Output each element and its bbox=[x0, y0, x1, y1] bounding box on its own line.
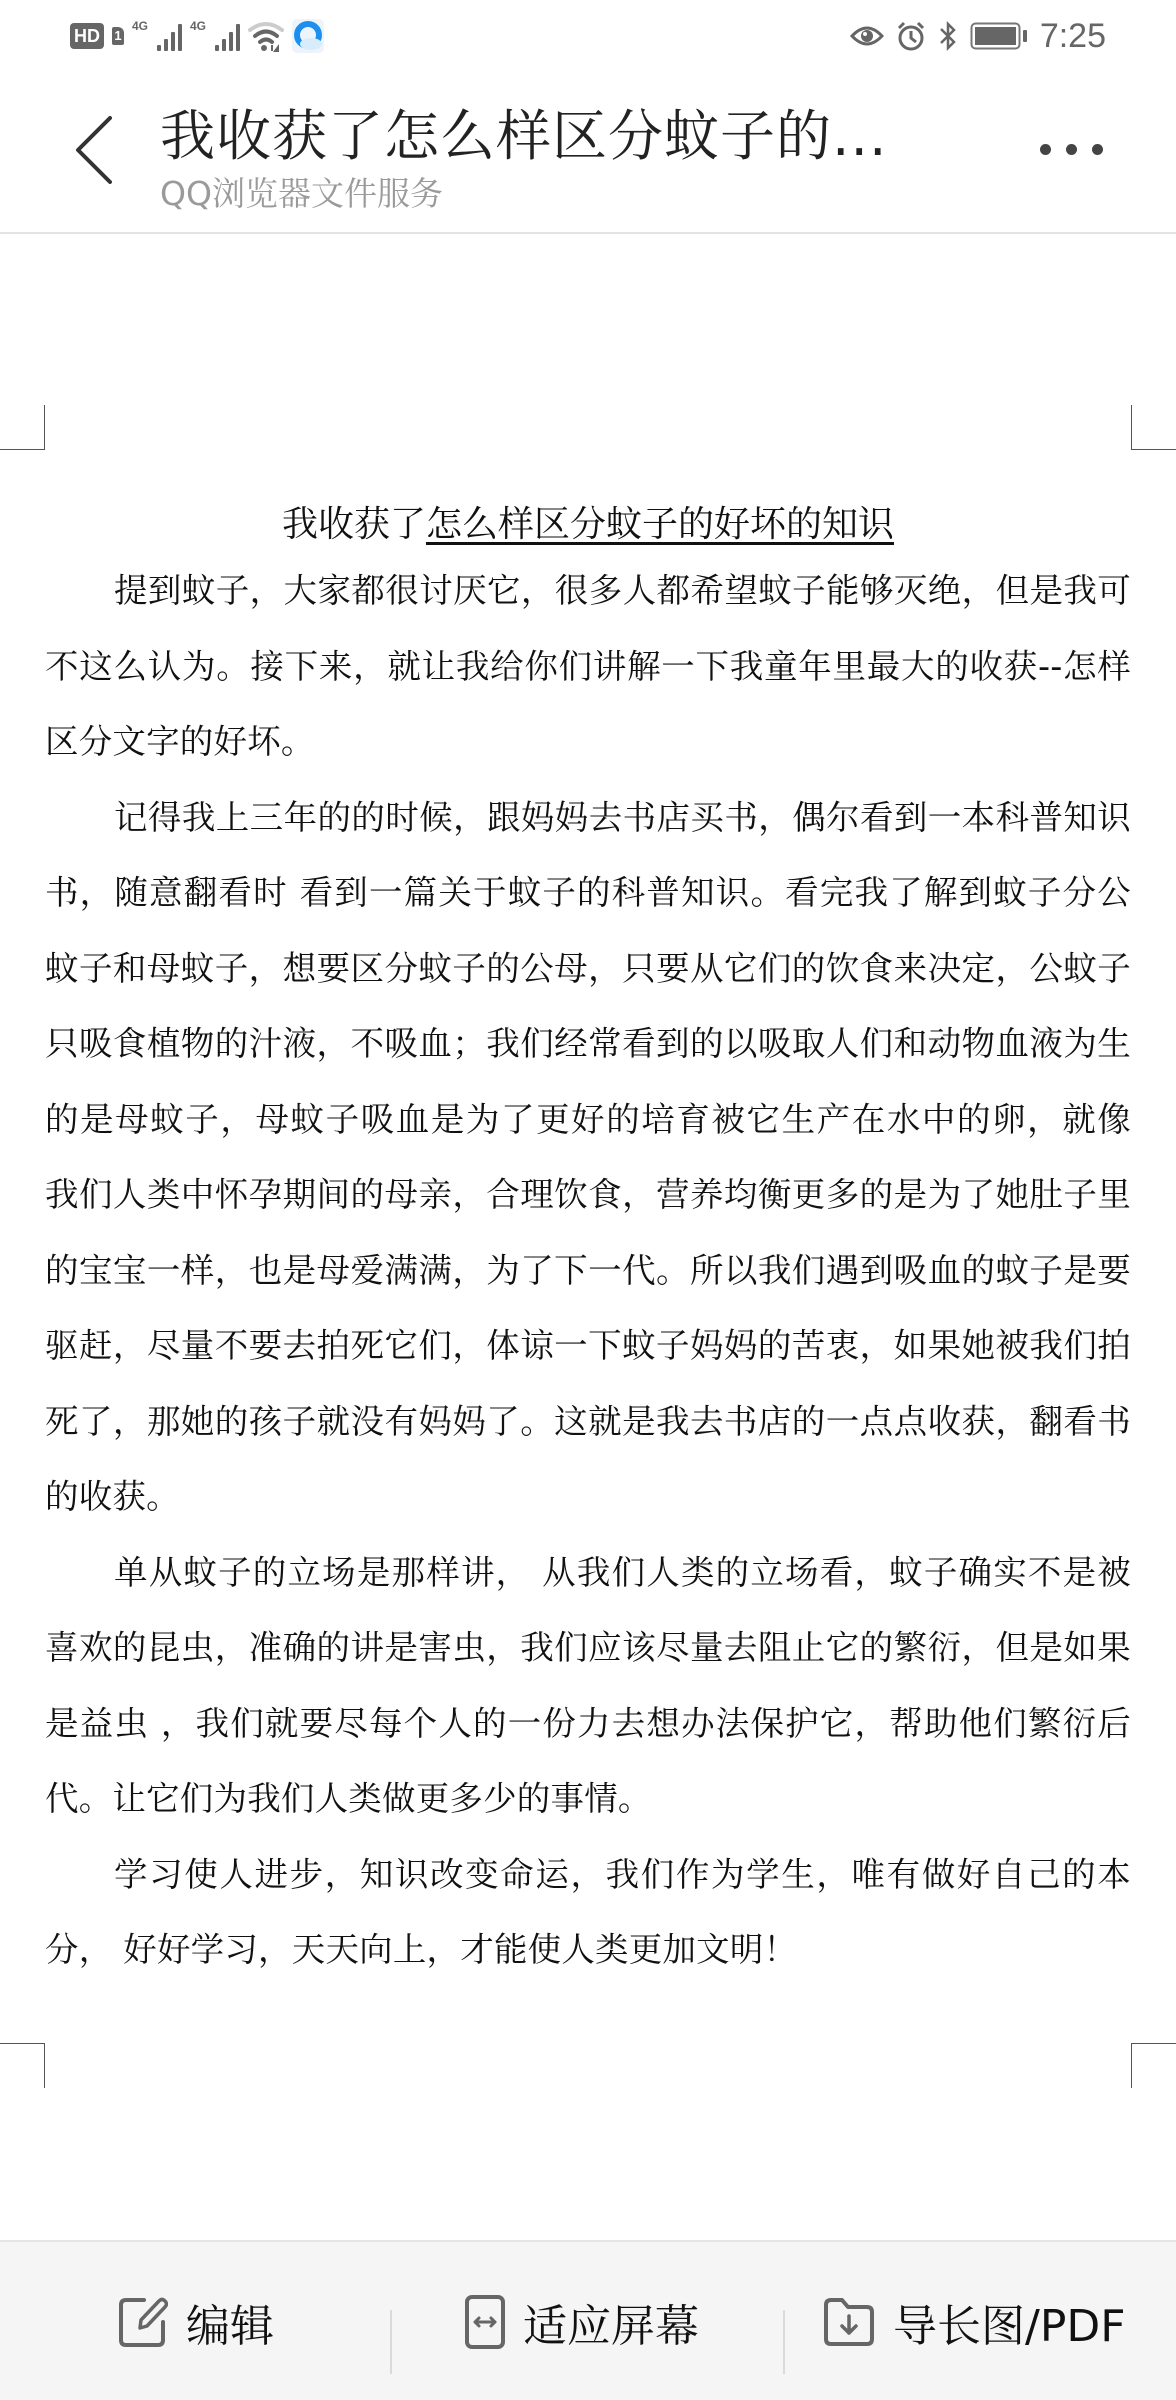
toolbar-divider bbox=[783, 2310, 785, 2374]
bottom-toolbar: 编辑 适应屏幕 导长图/PDF bbox=[0, 2240, 1176, 2400]
alarm-icon bbox=[896, 21, 926, 51]
eye-comfort-icon bbox=[850, 24, 884, 48]
paragraph-1: 提到蚊子，大家都很讨厌它，很多人都希望蚊子能够灭绝，但是我可不这么认为。接下来，… bbox=[45, 553, 1131, 780]
document-title: 我收获了怎么样区分蚊子的好坏的知识 bbox=[45, 495, 1131, 555]
edit-icon bbox=[118, 2296, 168, 2348]
folder-download-icon bbox=[823, 2297, 875, 2347]
paragraph-4: 学习使人进步，知识改变命运，我们作为学生，唯有做好自己的本分， 好好学习，天天向… bbox=[45, 1837, 1131, 1988]
export-long-image-pdf-button[interactable]: 导长图/PDF bbox=[823, 2282, 1126, 2362]
document-title-underlined: 怎么样区分蚊子的好坏的知识 bbox=[426, 504, 894, 545]
export-label: 导长图/PDF bbox=[893, 2290, 1126, 2354]
clock: 7:25 bbox=[1040, 17, 1106, 56]
status-left-icons: HD 1 4G 4G bbox=[70, 18, 324, 54]
document-body: 提到蚊子，大家都很讨厌它，很多人都希望蚊子能够灭绝，但是我可不这么认为。接下来，… bbox=[45, 553, 1131, 1988]
toolbar-divider bbox=[390, 2310, 392, 2374]
signal-4g-sim2-icon: 4G bbox=[190, 21, 240, 51]
app-header: 我收获了怎么样区分蚊子的... QQ浏览器文件服务 bbox=[0, 72, 1176, 234]
edit-label: 编辑 bbox=[186, 2290, 274, 2354]
page-subtitle: QQ浏览器文件服务 bbox=[160, 168, 443, 215]
more-options-button[interactable] bbox=[1040, 134, 1140, 164]
document-title-prefix: 我收获了 bbox=[282, 504, 426, 545]
qq-browser-app-icon bbox=[292, 19, 324, 53]
paragraph-3: 单从蚊子的立场是那样讲， 从我们人类的立场看，蚊子确实不是被喜欢的昆虫，准确的讲… bbox=[45, 1535, 1131, 1837]
page-corner-mark-bottom-right bbox=[1131, 2043, 1176, 2088]
signal-4g-sim1-icon: 4G bbox=[132, 21, 182, 51]
fit-screen-label: 适应屏幕 bbox=[523, 2290, 699, 2354]
fit-width-icon bbox=[465, 2295, 505, 2349]
page-corner-mark-top-right bbox=[1131, 405, 1176, 450]
page-corner-mark-bottom-left bbox=[0, 2043, 45, 2088]
document-page[interactable]: 我收获了怎么样区分蚊子的好坏的知识 提到蚊子，大家都很讨厌它，很多人都希望蚊子能… bbox=[45, 495, 1131, 1988]
back-button[interactable] bbox=[70, 110, 120, 190]
sim1-icon: 1 bbox=[112, 27, 124, 45]
bluetooth-icon bbox=[938, 20, 958, 52]
edit-button[interactable]: 编辑 bbox=[118, 2282, 274, 2362]
fit-screen-button[interactable]: 适应屏幕 bbox=[465, 2282, 699, 2362]
paragraph-2: 记得我上三年的的时候，跟妈妈去书店买书，偶尔看到一本科普知识书，随意翻看时 看到… bbox=[45, 780, 1131, 1535]
wifi-icon bbox=[248, 20, 284, 52]
status-right-icons: 7:25 bbox=[850, 14, 1106, 58]
page-corner-mark-top-left bbox=[0, 405, 45, 450]
more-dots-icon bbox=[1040, 144, 1051, 155]
chevron-left-icon bbox=[70, 110, 120, 190]
status-bar: HD 1 4G 4G bbox=[0, 0, 1176, 72]
battery-icon bbox=[970, 22, 1028, 50]
page-title: 我收获了怎么样区分蚊子的... bbox=[160, 92, 887, 171]
hd-volte-icon: HD bbox=[70, 23, 104, 49]
